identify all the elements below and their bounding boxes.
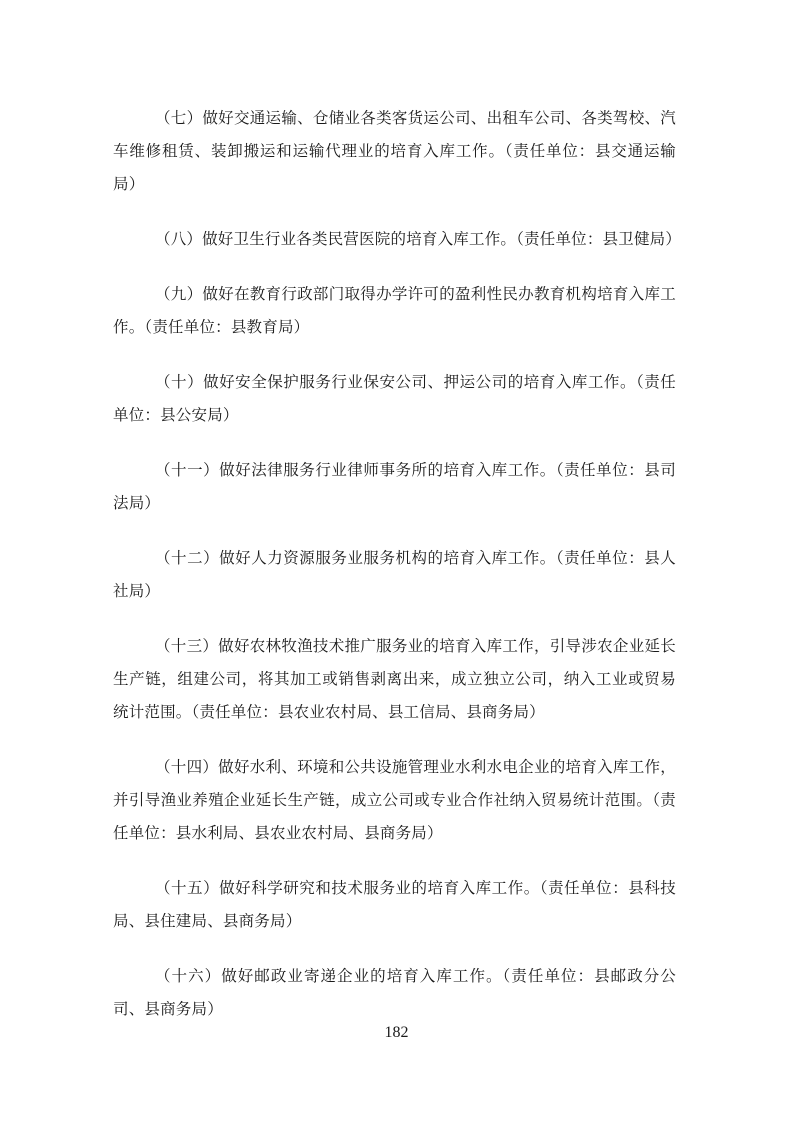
paragraph-item-8: （八）做好卫生行业各类民营医院的培育入库工作。（责任单位：县卫健局） (113, 223, 676, 256)
paragraph-item-14: （十四）做好水利、环境和公共设施管理业水利水电企业的培育入库工作，并引导渔业养殖… (113, 751, 676, 850)
paragraph-item-11: （十一）做好法律服务行业律师事务所的培育入库工作。（责任单位：县司法局） (113, 454, 676, 520)
paragraph-item-16: （十六）做好邮政业寄递企业的培育入库工作。（责任单位：县邮政分公司、县商务局） (113, 960, 676, 1026)
paragraph-item-15: （十五）做好科学研究和技术服务业的培育入库工作。（责任单位：县科技局、县住建局、… (113, 872, 676, 938)
paragraph-item-10: （十）做好安全保护服务行业保安公司、押运公司的培育入库工作。（责任单位：县公安局… (113, 366, 676, 432)
paragraph-item-7: （七）做好交通运输、仓储业各类客货运公司、出租车公司、各类驾校、汽车维修租赁、装… (113, 102, 676, 201)
paragraph-item-12: （十二）做好人力资源服务业服务机构的培育入库工作。（责任单位：县人社局） (113, 542, 676, 608)
document-page: （七）做好交通运输、仓储业各类客货运公司、出租车公司、各类驾校、汽车维修租赁、装… (0, 0, 793, 1122)
paragraph-item-9: （九）做好在教育行政部门取得办学许可的盈利性民办教育机构培育入库工作。（责任单位… (113, 278, 676, 344)
document-body: （七）做好交通运输、仓储业各类客货运公司、出租车公司、各类驾校、汽车维修租赁、装… (113, 102, 676, 1026)
paragraph-item-13: （十三）做好农林牧渔技术推广服务业的培育入库工作，引导涉农企业延长生产链，组建公… (113, 630, 676, 729)
page-number: 182 (0, 1024, 793, 1042)
